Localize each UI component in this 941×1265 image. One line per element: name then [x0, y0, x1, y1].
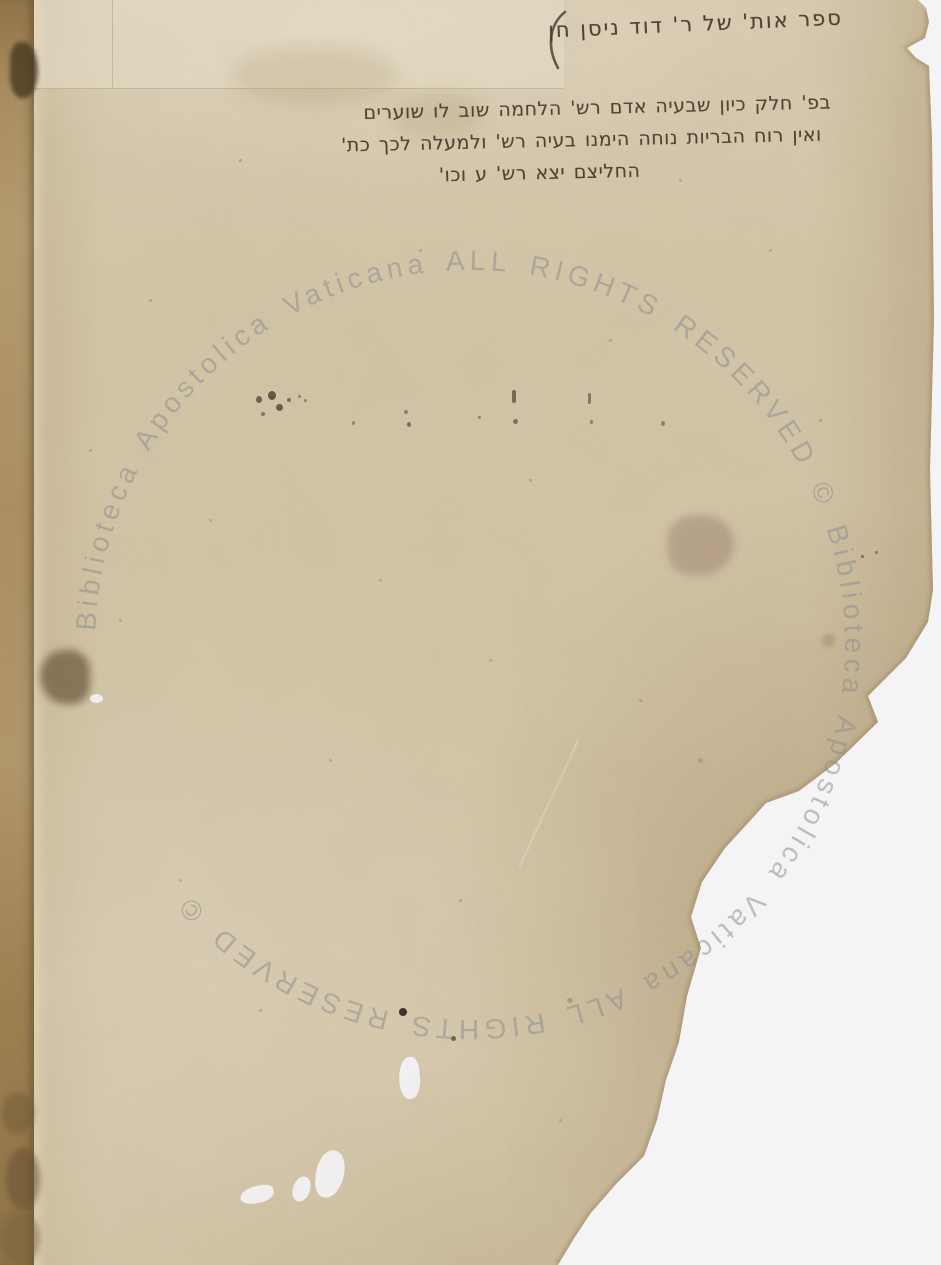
- ink-speck: [478, 416, 481, 419]
- ink-speck: [399, 1008, 407, 1016]
- ink-speck: [513, 419, 518, 424]
- ink-speck: [407, 422, 411, 427]
- parchment-page: ספר אות' של ר' דוד ניסן חן בפ' חלק כיון …: [0, 0, 941, 1265]
- manuscript-scan: ספר אות' של ר' דוד ניסן חן בפ' חלק כיון …: [0, 0, 941, 1265]
- ink-speck: [298, 395, 301, 398]
- stain: [2, 1092, 34, 1134]
- ink-speck: [451, 1036, 456, 1041]
- ink-speck: [261, 412, 265, 416]
- stain: [10, 42, 38, 98]
- stain: [6, 1148, 40, 1210]
- patch-crease: [112, 0, 113, 88]
- ink-speck: [588, 393, 591, 404]
- ink-speck: [404, 410, 408, 414]
- binding-strip: [0, 0, 34, 1265]
- ink-speck: [256, 396, 262, 403]
- hebrew-note: בפ' חלק כיון שבעיה אדם רש' הלחמה שוב לו …: [340, 86, 833, 193]
- ink-speck: [352, 421, 355, 425]
- tear-hole: [90, 694, 103, 703]
- ink-speck: [268, 391, 276, 400]
- stain: [40, 650, 90, 704]
- ink-speck: [512, 390, 516, 403]
- ink-speck: [304, 399, 307, 402]
- stain: [756, 893, 773, 908]
- stain: [0, 1212, 40, 1264]
- ink-speck: [590, 420, 593, 424]
- ink-speck: [661, 421, 665, 426]
- parchment-specks: [0, 0, 1, 1]
- stain: [822, 634, 835, 647]
- pen-flourish-stroke: [543, 10, 569, 72]
- ink-speck: [287, 398, 291, 402]
- ink-speck: [276, 404, 283, 411]
- binding-turn-in: [34, 0, 48, 1265]
- ink-speck: [567, 998, 573, 1003]
